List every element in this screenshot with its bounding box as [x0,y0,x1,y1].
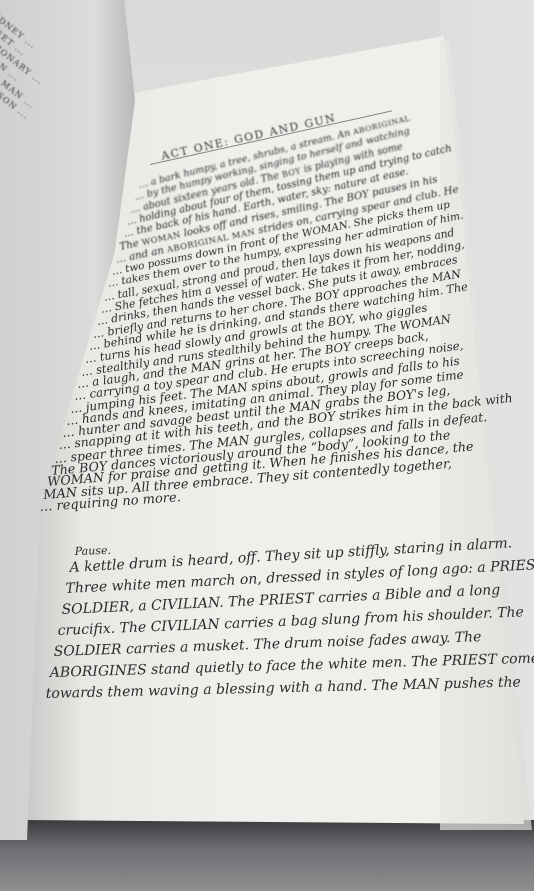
table-surface [0,820,534,891]
pause-line: Pause. [75,544,112,558]
